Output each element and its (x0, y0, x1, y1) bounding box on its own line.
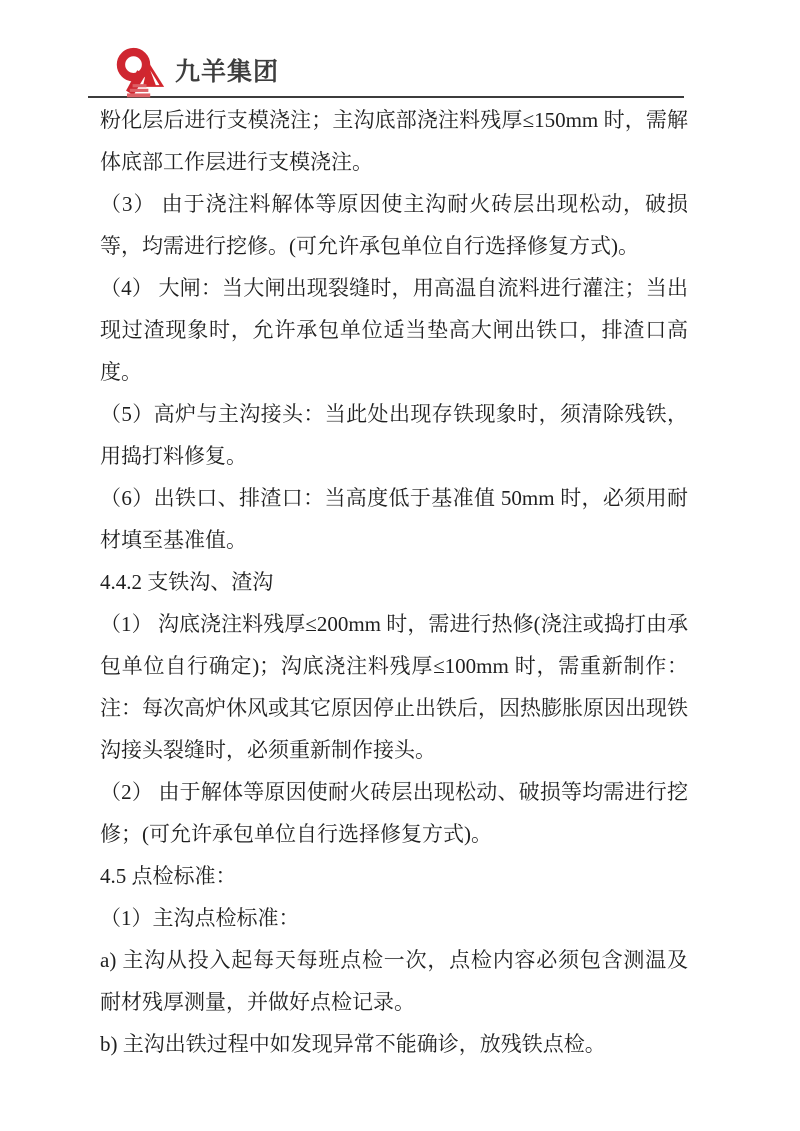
page-header: 九羊集团 (0, 0, 800, 98)
doc-paragraph: a) 主沟从投入起每天每班点检一次，点检内容必须包含测温及耐材残厚测量，并做好点… (100, 939, 688, 1023)
section-heading: 4.4.2 支铁沟、渣沟 (100, 561, 688, 603)
company-name: 九羊集团 (175, 52, 279, 88)
ram-logo-icon (114, 46, 166, 100)
doc-paragraph: （4） 大闸：当大闸出现裂缝时，用高温自流料进行灌注；当出现过渣现象时，允许承包… (100, 267, 688, 393)
doc-paragraph: b) 主沟出铁过程中如发现异常不能确诊，放残铁点检。 (100, 1023, 688, 1065)
doc-paragraph: （3） 由于浇注料解体等原因使主沟耐火砖层出现松动，破损等，均需进行挖修。(可允… (100, 183, 688, 267)
doc-paragraph: （2） 由于解体等原因使耐火砖层出现松动、破损等均需进行挖修；(可允许承包单位自… (100, 771, 688, 855)
doc-paragraph: （1）主沟点检标准： (100, 897, 688, 939)
section-heading: 4.5 点检标准： (100, 855, 688, 897)
header-divider (88, 96, 684, 98)
doc-paragraph: 粉化层后进行支模浇注；主沟底部浇注料残厚≤150mm 时，需解体底部工作层进行支… (100, 99, 688, 183)
doc-paragraph: （6）出铁口、排渣口：当高度低于基准值 50mm 时，必须用耐材填至基准值。 (100, 477, 688, 561)
document-body: 粉化层后进行支模浇注；主沟底部浇注料残厚≤150mm 时，需解体底部工作层进行支… (100, 99, 688, 1065)
company-logo: 九羊集团 (114, 44, 800, 96)
doc-paragraph: （5）高炉与主沟接头：当此处出现存铁现象时，须清除残铁，用捣打料修复。 (100, 393, 688, 477)
document-page: 九羊集团 粉化层后进行支模浇注；主沟底部浇注料残厚≤150mm 时，需解体底部工… (0, 0, 800, 1131)
doc-paragraph: （1） 沟底浇注料残厚≤200mm 时，需进行热修(浇注或捣打由承包单位自行确定… (100, 603, 688, 771)
